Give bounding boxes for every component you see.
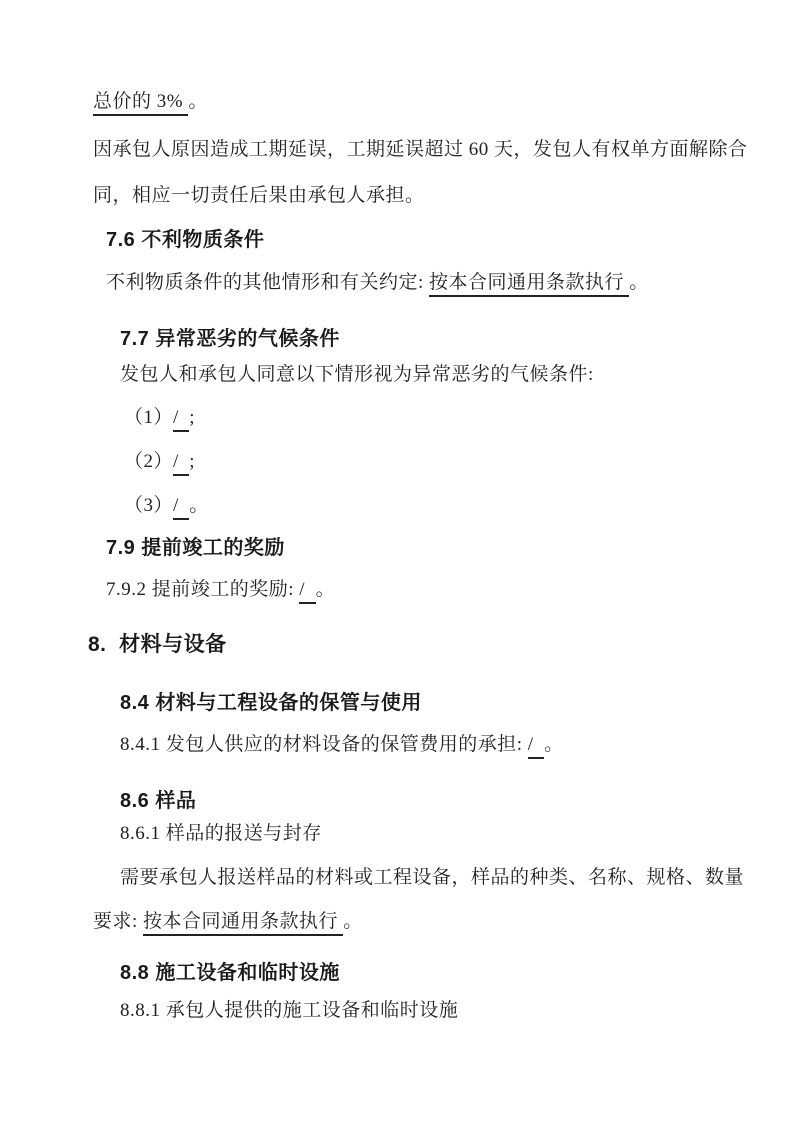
heading-8-8: 8.8 施工设备和临时设施	[120, 961, 340, 986]
text-segment: 。	[629, 272, 649, 293]
text-segment: 。	[188, 91, 208, 112]
heading-8-4: 8.4 材料与工程设备的保管与使用	[120, 691, 422, 716]
text-segment: 同，相应一切责任后果由承包人承担。	[93, 185, 425, 206]
list-item-2: （2）/ ;	[124, 450, 195, 474]
text-segment: 发包人和承包人同意以下情形视为异常恶劣的气候条件:	[120, 364, 594, 385]
clause-7-7-intro: 发包人和承包人同意以下情形视为异常恶劣的气候条件:	[120, 363, 594, 387]
fill-in-blank: 按本合同通用条款执行	[143, 911, 343, 936]
list-item-1: （1）/ ;	[124, 406, 195, 430]
text-segment: 8.4.1 发包人供应的材料设备的保管费用的承担:	[120, 734, 528, 755]
text-segment: 。	[343, 911, 363, 932]
text-segment: 8. 材料与设备	[88, 633, 227, 656]
paragraph-delay-line-1: 因承包人原因造成工期延误，工期延误超过 60 天，发包人有权单方面解除合	[93, 138, 748, 162]
fill-in-blank: /	[173, 451, 189, 476]
text-segment: 8.6.1 样品的报送与封存	[120, 823, 322, 844]
text-segment: 7.7 异常恶劣的气候条件	[120, 328, 340, 350]
clause-8-8-1: 8.8.1 承包人提供的施工设备和临时设施	[120, 999, 458, 1023]
clause-8-6-1: 8.6.1 样品的报送与封存	[120, 822, 322, 846]
document-content: 总价的 3% 。因承包人原因造成工期延误，工期延误超过 60 天，发包人有权单方…	[88, 0, 728, 1123]
text-segment: 。	[316, 579, 336, 600]
text-segment: 8.6 样品	[120, 790, 196, 812]
text-segment: 8.4 材料与工程设备的保管与使用	[120, 692, 422, 714]
list-item-3: （3）/ 。	[124, 494, 209, 518]
fill-in-blank: /	[173, 407, 189, 432]
text-segment: 7.9 提前竣工的奖励	[106, 537, 285, 559]
text-segment: 8.8 施工设备和临时设施	[120, 962, 340, 984]
text-segment: （3）	[124, 495, 173, 516]
text-segment: 需要承包人报送样品的材料或工程设备，样品的种类、名称、规格、数量	[120, 867, 744, 888]
clause-7-6-body: 不利物质条件的其他情形和有关约定: 按本合同通用条款执行 。	[106, 271, 649, 295]
fill-in-blank: 按本合同通用条款执行	[429, 272, 629, 297]
text-segment: 。	[544, 734, 564, 755]
text-segment: 7.6 不利物质条件	[106, 229, 264, 251]
overflow-line-total-price: 总价的 3% 。	[93, 90, 208, 114]
paragraph-delay-line-2: 同，相应一切责任后果由承包人承担。	[93, 184, 425, 208]
fill-in-blank: /	[299, 579, 315, 604]
text-segment: 8.8.1 承包人提供的施工设备和临时设施	[120, 1000, 458, 1021]
text-segment: ;	[189, 451, 195, 472]
heading-8-6: 8.6 样品	[120, 789, 196, 814]
clause-7-9-2: 7.9.2 提前竣工的奖励: / 。	[106, 578, 335, 602]
text-segment: （2）	[124, 451, 173, 472]
contract-document-page: 总价的 3% 。因承包人原因造成工期延误，工期延误超过 60 天，发包人有权单方…	[0, 0, 793, 1123]
fill-in-blank: /	[173, 495, 189, 520]
text-segment: 7.9.2 提前竣工的奖励:	[106, 579, 299, 600]
text-segment: 因承包人原因造成工期延误，工期延误超过 60 天，发包人有权单方面解除合	[93, 139, 748, 160]
clause-8-6-1-body-line-2: 要求: 按本合同通用条款执行 。	[93, 910, 363, 934]
text-segment: 。	[189, 495, 209, 516]
fill-in-blank: 总价的 3%	[93, 91, 188, 116]
text-segment: ;	[189, 407, 195, 428]
heading-7-9: 7.9 提前竣工的奖励	[106, 536, 285, 561]
text-segment: 要求:	[93, 911, 143, 932]
text-segment: 不利物质条件的其他情形和有关约定:	[106, 272, 429, 293]
heading-7-6: 7.6 不利物质条件	[106, 228, 264, 253]
clause-8-6-1-body-line-1: 需要承包人报送样品的材料或工程设备，样品的种类、名称、规格、数量	[120, 866, 744, 890]
fill-in-blank: /	[528, 734, 544, 759]
clause-8-4-1: 8.4.1 发包人供应的材料设备的保管费用的承担: / 。	[120, 733, 564, 757]
heading-7-7: 7.7 异常恶劣的气候条件	[120, 327, 340, 352]
text-segment: （1）	[124, 407, 173, 428]
heading-8: 8. 材料与设备	[88, 632, 227, 658]
